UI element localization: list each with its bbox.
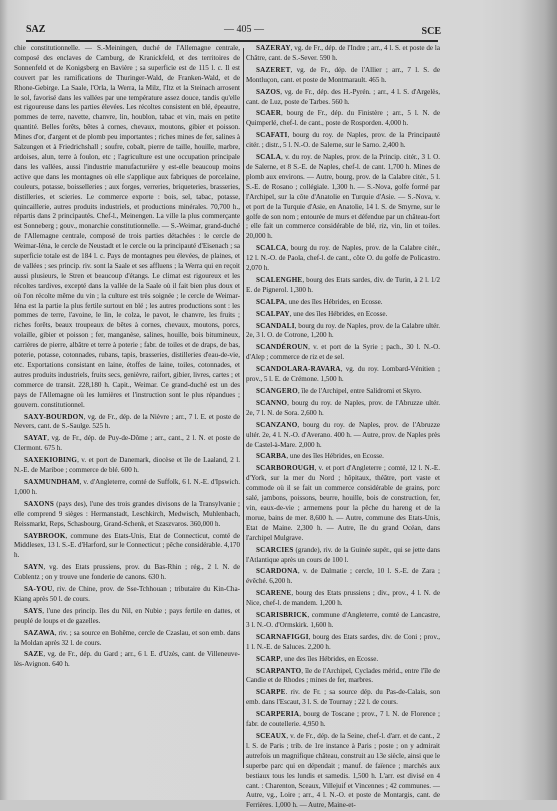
entry-headword: SCARISBRICK (256, 611, 307, 619)
entry-headword: SCEAUX (256, 732, 286, 740)
dictionary-entry: SCARP, une des îles Hébrides, en Ecosse. (246, 655, 440, 665)
entry-headword: SAXONS (24, 500, 54, 508)
dictionary-entry: SCALENGHE, bourg des Etats sardes, div. … (246, 276, 440, 296)
header-rule (26, 40, 438, 42)
entry-headword: SCANDOLARA-RAVARA (256, 365, 341, 373)
dictionary-entry: SAZERET, vg. de Fr., dép. de l'Allier ; … (246, 66, 440, 86)
entry-headword: SCARNAFIGGI (256, 633, 309, 641)
entry-text: , vg. des Etats prussiens, prov. du Bas-… (14, 563, 240, 581)
entry-headword: SCANDÉROUN (256, 343, 308, 351)
entry-text: , v. du roy. de Naples, prov. de la Prin… (246, 153, 440, 240)
entry-text: , île de l'Archipel, entre Salidromi et … (298, 387, 422, 395)
entry-headword: SCANZANO (256, 421, 297, 429)
dictionary-entry: SCARPANTO, île de l'Archipel, Cyclades m… (246, 667, 440, 687)
dictionary-entry: SCANGERO, île de l'Archipel, entre Salid… (246, 387, 440, 397)
dictionary-entry: SCARBA, une des îles Hébrides, en Ecosse… (246, 452, 440, 462)
entry-headword: SCARCIES (256, 546, 293, 554)
dictionary-entry: SAYN, vg. des Etats prussiens, prov. du … (14, 563, 240, 583)
entry-headword: SAZAWA (24, 629, 55, 637)
entry-text: , une des îles Hébrides, en Ecosse. (285, 298, 383, 306)
entry-headword: SCANGERO (256, 387, 298, 395)
entry-headword: SCARBOROUGH (256, 464, 315, 472)
dictionary-entry: SAXMUNDHAM, v. d'Angleterre, comté de Su… (14, 478, 240, 498)
dictionary-entry: SAYS, l'une des princip. îles du Nil, en… (14, 607, 240, 627)
dictionary-entry: SCALA, v. du roy. de Naples, prov. de la… (246, 153, 440, 242)
dictionary-entry: SAZE, vg. de Fr., dép. du Gard ; arr., 6… (14, 650, 240, 670)
entry-headword: SCALPA (256, 298, 285, 306)
dictionary-entry: SCAER, bourg de Fr., dép. du Finistère ;… (246, 109, 440, 129)
dictionary-entry: SCEAUX, v. de Fr., dép. de la Seine, che… (246, 732, 440, 800)
entry-headword: SAZE (24, 650, 43, 658)
entry-headword: SCARP (256, 655, 281, 663)
entry-headword: SCANDALI (256, 322, 295, 330)
dictionary-entry: SCARPERIA, bourg de Toscane ; prov., 7 l… (246, 710, 440, 730)
entry-headword: SCARBA (256, 452, 286, 460)
entry-text: , v. et port d'Angleterre ; comté, 12 l.… (246, 464, 440, 541)
entry-headword: SCARPE (256, 688, 286, 696)
column-divider (243, 48, 244, 768)
entry-text: , vg. de Fr., dép. de Puy-de-Dôme ; arr.… (14, 434, 240, 452)
right-column: SAZERAY, vg. de Fr., dép. de l'Indre ; a… (246, 44, 440, 800)
entry-headword: SA-YOU (24, 585, 52, 593)
dictionary-page: SAZ — 405 — SCE chie constitutionnelle. … (0, 0, 557, 800)
entry-headword: SCARPERIA (256, 710, 299, 718)
entry-headword: SAYAT (24, 434, 47, 442)
dictionary-entry: SAXY-BOURDON, vg. de Fr., dép. de la Niè… (14, 413, 240, 433)
dictionary-entry: SCANDALI, bourg du roy. de Naples, prov.… (246, 322, 440, 342)
entry-text: , l'une des princip. îles du Nil, en Nub… (14, 607, 240, 625)
entry-headword: SAXMUNDHAM (24, 478, 80, 486)
entry-headword: SCAER (256, 109, 281, 117)
entry-headword: SCARDONA (256, 567, 298, 575)
right-guide-word: SCE (422, 26, 441, 37)
page-number: — 405 — (224, 24, 264, 35)
entry-text: , une des îles Hébrides, en Ecosse. (290, 310, 388, 318)
dictionary-entry: SCALPA, une des îles Hébrides, en Ecosse… (246, 298, 440, 308)
dictionary-entry: SCANDÉROUN, v. et port de la Syrie ; pac… (246, 343, 440, 363)
page-header: SAZ — 405 — SCE (24, 22, 440, 38)
dictionary-entry: chie constitutionnelle. — S.-Meiningen, … (14, 44, 240, 411)
entry-headword: SAYBROOK (24, 532, 66, 540)
dictionary-entry: SCARPE. riv. de Fr. ; sa source dép. du … (246, 688, 440, 708)
dictionary-entry: SA-YOU, riv. de Chine, prov. de Sse-Tchh… (14, 585, 240, 605)
dictionary-entry: SCALPAY, une des îles Hébrides, en Ecoss… (246, 310, 440, 320)
entry-headword: SCALPAY (256, 310, 290, 318)
dictionary-entry: SAXONS (pays des), l'une des trois grand… (14, 500, 240, 530)
dictionary-entry: SCARISBRICK, commune d'Angleterre, comté… (246, 611, 440, 631)
dictionary-entry: SCARCIES (grande), riv. de la Guinée sup… (246, 546, 440, 566)
entry-headword: SAXY-BOURDON (24, 413, 84, 421)
entry-text: chie constitutionnelle. — S.-Meiningen, … (14, 44, 240, 409)
entry-headword: SAZERET (256, 66, 291, 74)
dictionary-entry: SAZERAY, vg. de Fr., dép. de l'Indre ; a… (246, 44, 440, 64)
dictionary-entry: SAZAWA, riv. ; sa source en Bohême, cerc… (14, 629, 240, 649)
left-guide-word: SAZ (26, 24, 45, 35)
dictionary-entry: SAYAT, vg. de Fr., dép. de Puy-de-Dôme ;… (14, 434, 240, 454)
entry-headword: SCALCA (256, 244, 286, 252)
dictionary-entry: SAYBROOK, commune des Etats-Unis, Etat d… (14, 532, 240, 562)
left-column: chie constitutionnelle. — S.-Meiningen, … (14, 44, 240, 670)
dictionary-entry: SCANDOLARA-RAVARA, vg. du roy. Lombard-V… (246, 365, 440, 385)
entry-headword: SAXEKIOBING (24, 456, 77, 464)
entry-headword: SCARENE (256, 589, 291, 597)
dictionary-entry: SCALCA, bourg du roy. de Naples, prov. d… (246, 244, 440, 274)
entry-headword: SAZOS (256, 88, 280, 96)
dictionary-entry: SCAFATI, bourg du roy. de Naples, prov. … (246, 131, 440, 151)
dictionary-entry: SAZOS, vg. de Fr., dép. des H.-Pyrén. ; … (246, 88, 440, 108)
dictionary-entry: SCARBOROUGH, v. et port d'Angleterre ; c… (246, 464, 440, 543)
dictionary-entry: SCANZANO, bourg du roy. de Naples, prov.… (246, 421, 440, 451)
entry-headword: SCARPANTO (256, 667, 301, 675)
entry-headword: SAYS (24, 607, 42, 615)
entry-text: , une des îles Hébrides, en Ecosse. (281, 655, 379, 663)
dictionary-entry: SCARDONA, v. de Dalmatie ; cercle, 10 l.… (246, 567, 440, 587)
entry-text: , vg. de Fr., dép. du Gard ; arr., 6 l. … (14, 650, 240, 668)
entry-headword: SCALENGHE (256, 276, 302, 284)
dictionary-entry: SCARENE, bourg des Etats prussiens ; div… (246, 589, 440, 609)
entry-headword: SCANNO (256, 399, 287, 407)
entry-headword: SAYN (24, 563, 43, 571)
dictionary-entry: SCARNAFIGGI, bourg des Etats sardes, div… (246, 633, 440, 653)
entry-headword: SAZERAY (256, 44, 291, 52)
entry-text: , v. de Fr., dép. de la Seine, chef-l. d… (246, 732, 440, 800)
entry-text: , une des îles Hébrides, en Ecosse. (286, 452, 384, 460)
entry-headword: SCAFATI (256, 131, 288, 139)
entry-headword: SCALA (256, 153, 281, 161)
dictionary-entry: SCANNO, bourg du roy. de Naples, prov. d… (246, 399, 440, 419)
dictionary-entry: SAXEKIOBING, v. et port de Danemark, dio… (14, 456, 240, 476)
